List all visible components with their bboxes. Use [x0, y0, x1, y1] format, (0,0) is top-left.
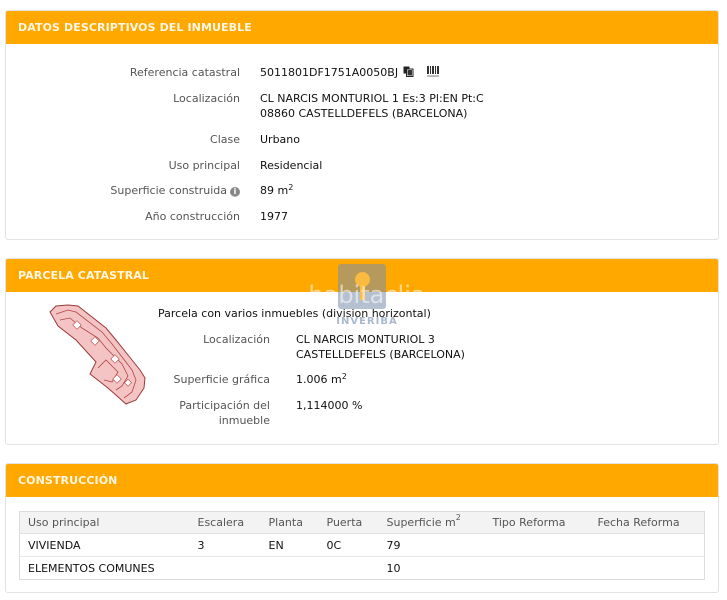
cell-fecha-reforma	[590, 557, 705, 580]
cell-escalera	[190, 557, 261, 580]
superficie-construida-text: Superficie construida	[110, 184, 227, 197]
cell-superficie: 10	[379, 557, 485, 580]
superficie-grafica-label: Superficie gráfica	[156, 372, 270, 387]
datos-descriptivos-panel: DATOS DESCRIPTIVOS DEL INMUEBLE Referenc…	[5, 10, 719, 240]
cell-puerta	[319, 557, 379, 580]
parcela-catastral-header: PARCELA CATASTRAL	[6, 259, 718, 292]
uso-principal-value: Residencial	[260, 158, 322, 173]
col-tipo-reforma: Tipo Reforma	[485, 512, 590, 534]
cell-planta: EN	[261, 534, 319, 557]
ano-construccion-label: Año construcción	[66, 209, 240, 224]
referencia-catastral-label: Referencia catastral	[66, 65, 240, 80]
col-fecha-reforma: Fecha Reforma	[590, 512, 705, 534]
col-puerta: Puerta	[319, 512, 379, 534]
col-superficie-text: Superficie m	[387, 516, 456, 529]
superscript-2: 2	[456, 513, 461, 522]
cell-tipo-reforma	[485, 534, 590, 557]
superficie-construida-value: 89 m2	[260, 183, 293, 198]
cell-uso: VIVIENDA	[20, 534, 190, 557]
localizacion-label: Localización	[66, 91, 240, 106]
construccion-panel: CONSTRUCCIÓN Uso principal Escalera Plan…	[5, 463, 719, 593]
table-row: ELEMENTOS COMUNES 10	[20, 557, 705, 580]
clase-label: Clase	[66, 132, 240, 147]
parcela-catastral-panel: PARCELA CATASTRAL Parcela con varios inm…	[5, 258, 719, 445]
clase-value: Urbano	[260, 132, 300, 147]
datos-descriptivos-header: DATOS DESCRIPTIVOS DEL INMUEBLE	[6, 11, 718, 44]
ano-construccion-value: 1977	[260, 209, 288, 224]
col-superficie: Superficie m2	[379, 512, 485, 534]
participacion-label-line1: Participación del	[156, 398, 270, 413]
construccion-header: CONSTRUCCIÓN	[6, 464, 718, 497]
table-header-row: Uso principal Escalera Planta Puerta Sup…	[20, 512, 705, 534]
participacion-label-line2: inmueble	[156, 413, 270, 428]
cell-puerta: 0C	[319, 534, 379, 557]
parcela-description: Parcela con varios inmuebles (division h…	[158, 306, 431, 321]
copy-icon[interactable]	[403, 66, 414, 81]
construccion-table: Uso principal Escalera Planta Puerta Sup…	[19, 511, 705, 580]
participacion-value: 1,114000 %	[296, 398, 362, 413]
parcel-map-image[interactable]	[46, 300, 152, 410]
cell-tipo-reforma	[485, 557, 590, 580]
cell-uso: ELEMENTOS COMUNES	[20, 557, 190, 580]
parcela-localizacion-line1: CL NARCIS MONTURIOL 3	[296, 332, 465, 347]
cell-superficie: 79	[379, 534, 485, 557]
parcela-localizacion-label: Localización	[156, 332, 270, 347]
col-escalera: Escalera	[190, 512, 261, 534]
localizacion-value: CL NARCIS MONTURIOL 1 Es:3 Pl:EN Pt:C 08…	[260, 91, 484, 121]
uso-principal-label: Uso principal	[66, 158, 240, 173]
table-row: VIVIENDA 3 EN 0C 79	[20, 534, 705, 557]
superficie-grafica-value: 1.006 m2	[296, 372, 347, 387]
referencia-catastral-value: 5011801DF1751A0050BJ	[260, 65, 439, 81]
superscript-2: 2	[288, 183, 293, 192]
parcela-localizacion-line2: CASTELLDEFELS (BARCELONA)	[296, 347, 465, 362]
referencia-catastral-text: 5011801DF1751A0050BJ	[260, 66, 398, 79]
superscript-2: 2	[342, 372, 347, 381]
cell-escalera: 3	[190, 534, 261, 557]
localizacion-line1: CL NARCIS MONTURIOL 1 Es:3 Pl:EN Pt:C	[260, 91, 484, 106]
cell-planta	[261, 557, 319, 580]
col-uso-principal: Uso principal	[20, 512, 190, 534]
superficie-construida-number: 89 m	[260, 184, 288, 197]
barcode-icon[interactable]	[427, 66, 439, 81]
parcela-localizacion-value: CL NARCIS MONTURIOL 3 CASTELLDEFELS (BAR…	[296, 332, 465, 362]
info-icon[interactable]: i	[230, 187, 240, 197]
superficie-construida-label: Superficie construidai	[66, 183, 240, 198]
col-planta: Planta	[261, 512, 319, 534]
cell-fecha-reforma	[590, 534, 705, 557]
superficie-grafica-number: 1.006 m	[296, 373, 342, 386]
participacion-label: Participación del inmueble	[156, 398, 270, 428]
localizacion-line2: 08860 CASTELLDEFELS (BARCELONA)	[260, 106, 484, 121]
